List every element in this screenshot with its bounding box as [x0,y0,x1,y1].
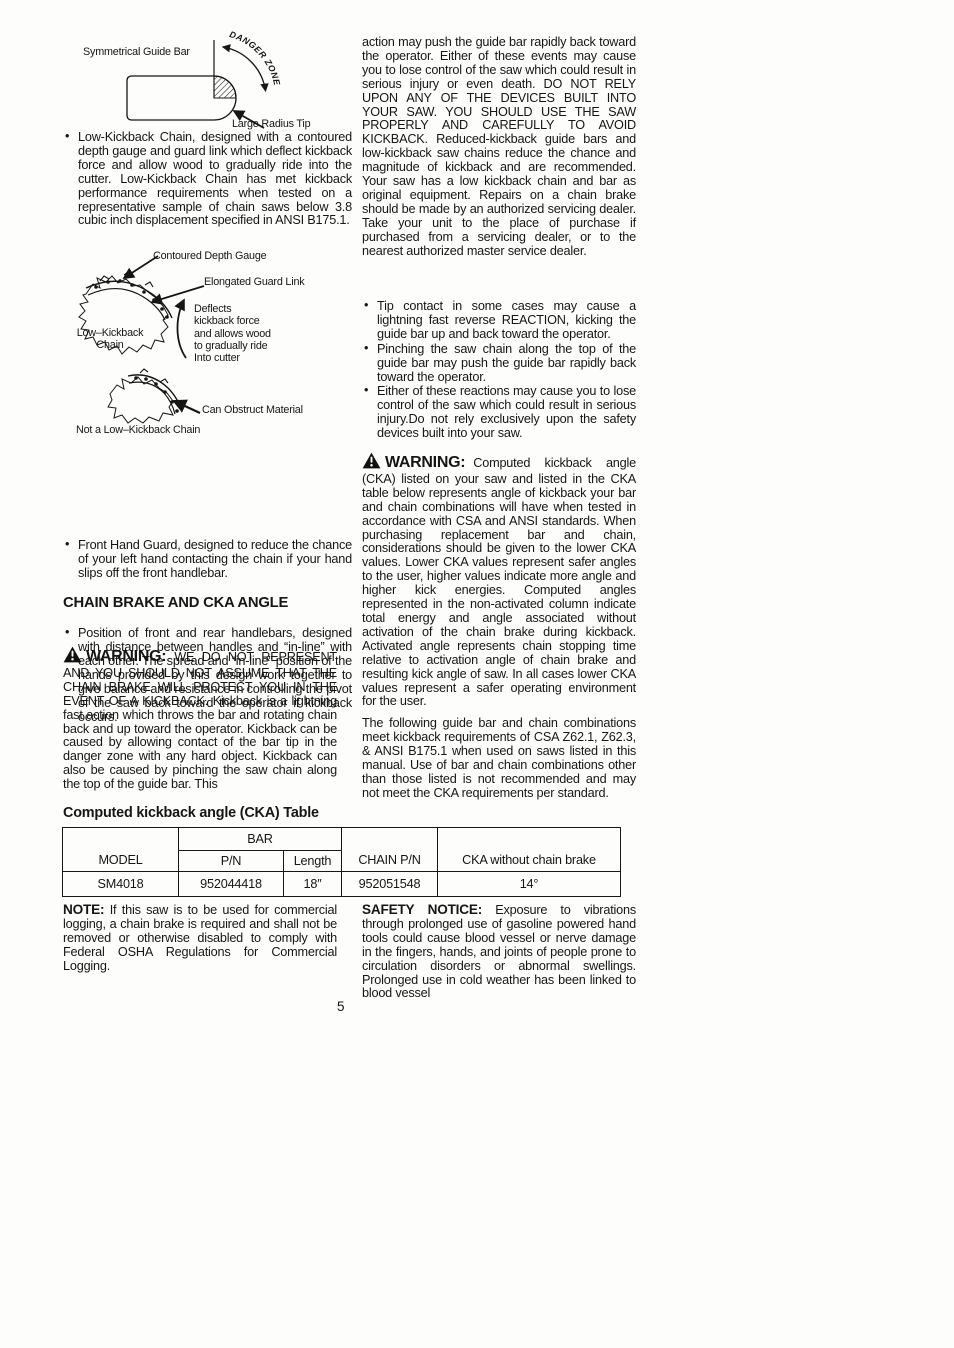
cka-table-caption: Computed kickback angle (CKA) Table [63,805,319,821]
col-header-length: Length [284,851,342,872]
safety-notice-text: Exposure to vibrations through prolonged… [362,903,636,1000]
cell-length: 18″ [284,872,342,897]
bullet-dot: • [65,130,69,144]
warning-body-text-2: The following guide bar and chain combin… [362,717,636,800]
label-deflects-text: Deflects kickback force and allows wood … [194,303,271,364]
safety-notice-label: SAFETY NOTICE: [362,902,482,917]
label-elongated-guard-link: Elongated Guard Link [204,276,304,288]
safety-notice-block: SAFETY NOTICE: Exposure to vibrations th… [362,903,636,1001]
label-large-radius-tip: Large Radius Tip [232,118,310,130]
cell-bar-pn: 952044418 [179,872,284,897]
cell-cka: 14° [438,872,621,897]
page-number: 5 [337,999,345,1014]
manual-page: Symmetrical Guide Bar DANGER ZONE Large … [0,0,954,1348]
cka-table-wrap: MODEL BAR CHAIN P/N CKA without chain br… [62,827,621,897]
note-text: If this saw is to be used for commercial… [63,903,337,973]
col-header-model: MODEL [63,828,179,872]
warning-triangle-icon [63,646,82,667]
warning-label: WARNING: [385,454,473,471]
col-header-pn: P/N [179,851,284,872]
table-row: SM4018 952044418 18″ 952051548 14° [63,872,621,897]
right-bullets: • Tip contact in some cases may cause a … [362,300,636,442]
bullet-tip-contact: • Tip contact in some cases may cause a … [362,300,636,342]
warning-body-text: Computed kickback angle (CKA) listed on … [362,456,636,708]
note-label: NOTE: [63,902,104,917]
chain-outline [128,375,182,412]
cka-table: MODEL BAR CHAIN P/N CKA without chain br… [62,827,621,897]
col-header-bar: BAR [179,828,342,851]
danger-wedge [214,76,236,98]
col-header-cka: CKA without chain brake [438,828,621,872]
col-header-chain-pn: CHAIN P/N [342,828,438,872]
warning-triangle-icon [362,452,381,473]
warning-cka: WARNING:Computed kickback angle (CKA) li… [362,452,636,801]
bullet-lose-control: • Either of these reactions may cause yo… [362,385,636,441]
bullet-low-kickback-chain: • Low-Kickback Chain, designed with a co… [63,131,352,228]
bullet-front-hand-guard: • Front Hand Guard, designed to reduce t… [63,539,352,581]
note-block: NOTE: If this saw is to be used for comm… [63,903,337,974]
label-can-obstruct-material: Can Obstruct Material [202,404,303,416]
guard-link-arrow [152,286,204,302]
depth-gauge-arrow [124,256,158,278]
warning-chain-brake: WARNING:WE DO NOT REPRESENT AND YOU SHOU… [63,646,337,792]
warning-body-text: Kickback is a lightning fast action whic… [63,694,337,791]
bullet-pinching: • Pinching the saw chain along the top o… [362,343,636,385]
label-low-kickback-chain: Low–Kickback Chain [60,327,160,352]
deflect-arrow [177,300,186,358]
warning-label: WARNING: [86,648,174,665]
svg-text:DANGER ZONE: DANGER ZONE [228,29,282,87]
right-para-kickback: action may push the guide bar rapidly ba… [362,36,636,259]
not-low-kickback-chain-diagram [98,360,258,430]
label-not-low-kickback-chain: Not a Low–Kickback Chain [76,424,200,436]
cell-model: SM4018 [63,872,179,897]
heading-chain-brake-cka: CHAIN BRAKE AND CKA ANGLE [63,595,288,611]
cell-chain-pn: 952051548 [342,872,438,897]
danger-zone-text: DANGER ZONE [228,29,282,87]
